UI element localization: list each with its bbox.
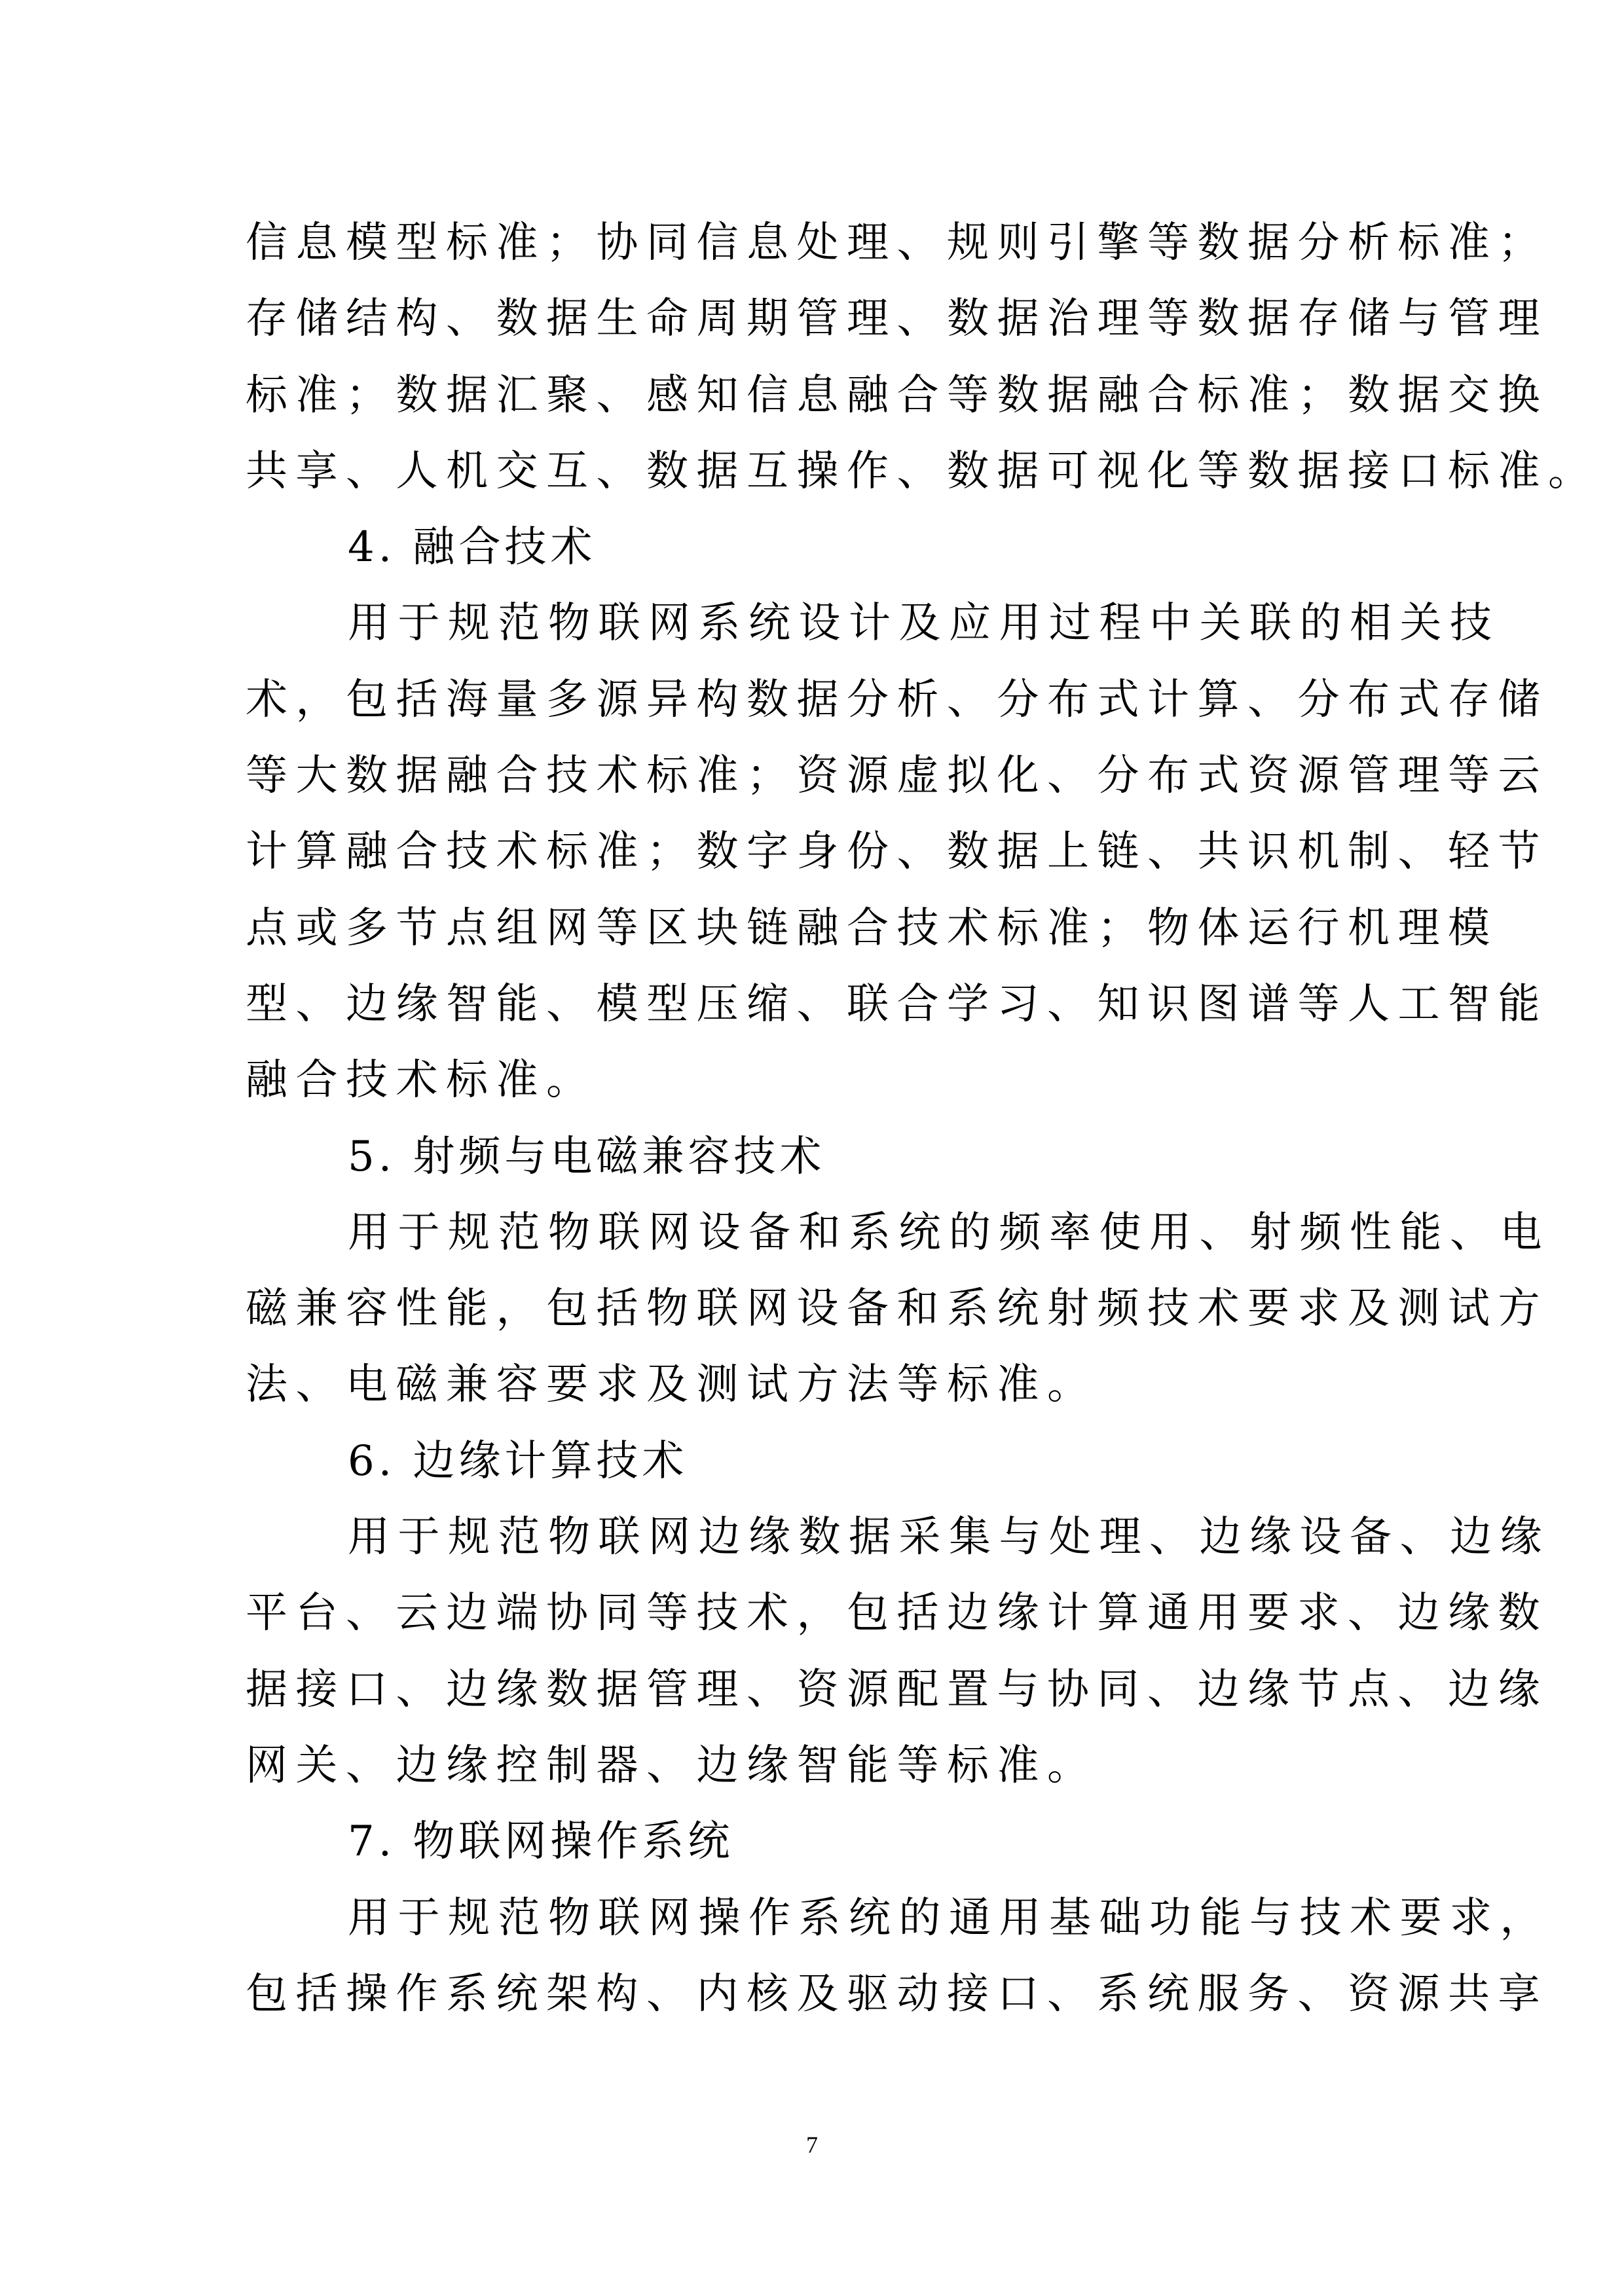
section-heading-6: 6. 边缘计算技术 (246, 1423, 1375, 1499)
body-line: 用于规范物联网系统设计及应用过程中关联的相关技 (246, 585, 1375, 661)
body-line: 据接口、边缘数据管理、资源配置与协同、边缘节点、边缘 (246, 1652, 1375, 1728)
section-heading-4: 4. 融合技术 (246, 509, 1375, 585)
body-line: 点或多节点组网等区块链融合技术标准；物体运行机理模 (246, 890, 1375, 966)
document-body: 信息模型标准；协同信息处理、规则引擎等数据分析标准； 存储结构、数据生命周期管理… (246, 205, 1375, 2032)
body-line: 用于规范物联网边缘数据采集与处理、边缘设备、边缘 (246, 1499, 1375, 1575)
body-line: 术，包括海量多源异构数据分析、分布式计算、分布式存储 (246, 662, 1375, 738)
body-line: 存储结构、数据生命周期管理、数据治理等数据存储与管理 (246, 281, 1375, 357)
body-line: 平台、云边端协同等技术，包括边缘计算通用要求、边缘数 (246, 1575, 1375, 1651)
body-line: 型、边缘智能、模型压缩、联合学习、知识图谱等人工智能 (246, 966, 1375, 1042)
page-number: 7 (0, 2131, 1624, 2159)
body-line: 网关、边缘控制器、边缘智能等标准。 (246, 1728, 1375, 1804)
section-heading-7: 7. 物联网操作系统 (246, 1804, 1375, 1880)
body-line: 法、电磁兼容要求及测试方法等标准。 (246, 1347, 1375, 1423)
body-line: 信息模型标准；协同信息处理、规则引擎等数据分析标准； (246, 205, 1375, 281)
body-line: 计算融合技术标准；数字身份、数据上链、共识机制、轻节 (246, 814, 1375, 890)
body-line: 包括操作系统架构、内核及驱动接口、系统服务、资源共享 (246, 1956, 1375, 2032)
body-line: 标准；数据汇聚、感知信息融合等数据融合标准；数据交换 (246, 357, 1375, 433)
body-line: 等大数据融合技术标准；资源虚拟化、分布式资源管理等云 (246, 738, 1375, 814)
body-line: 磁兼容性能，包括物联网设备和系统射频技术要求及测试方 (246, 1271, 1375, 1347)
body-line: 用于规范物联网操作系统的通用基础功能与技术要求， (246, 1880, 1375, 1956)
body-line: 用于规范物联网设备和系统的频率使用、射频性能、电 (246, 1195, 1375, 1271)
section-heading-5: 5. 射频与电磁兼容技术 (246, 1119, 1375, 1195)
body-line: 共享、人机交互、数据互操作、数据可视化等数据接口标准。 (246, 433, 1375, 509)
body-line: 融合技术标准。 (246, 1042, 1375, 1118)
